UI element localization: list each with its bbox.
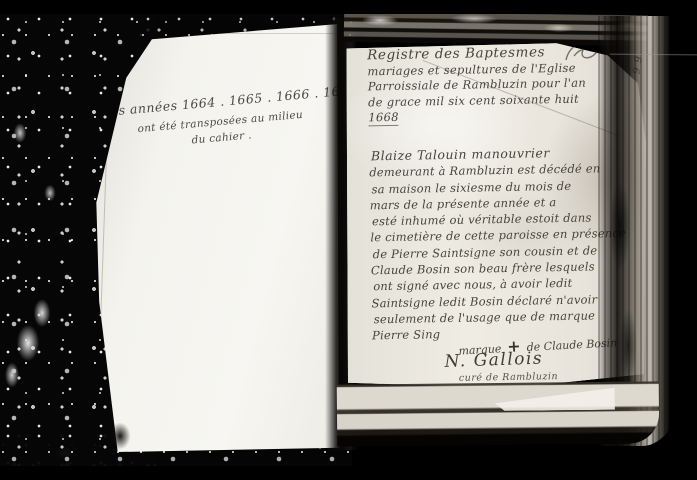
scan-border-top bbox=[0, 0, 697, 14]
header-year: 1668 bbox=[368, 110, 399, 127]
register-header: Registre des Baptesmes mariages et sepul… bbox=[367, 45, 587, 126]
priest-signature: N. Gallois bbox=[444, 348, 543, 371]
scan-border-bottom bbox=[0, 466, 697, 480]
bright-page-wedge bbox=[495, 388, 615, 411]
ink-stain bbox=[103, 416, 137, 456]
scanned-register-spread: Les années 1664 . 1665 . 1666 . 1667 ont… bbox=[0, 0, 697, 480]
page-stack-bottom-edges bbox=[337, 381, 660, 446]
burial-act-paragraph: Blaize Talouin manouvrier demeurant à Ra… bbox=[369, 144, 628, 344]
